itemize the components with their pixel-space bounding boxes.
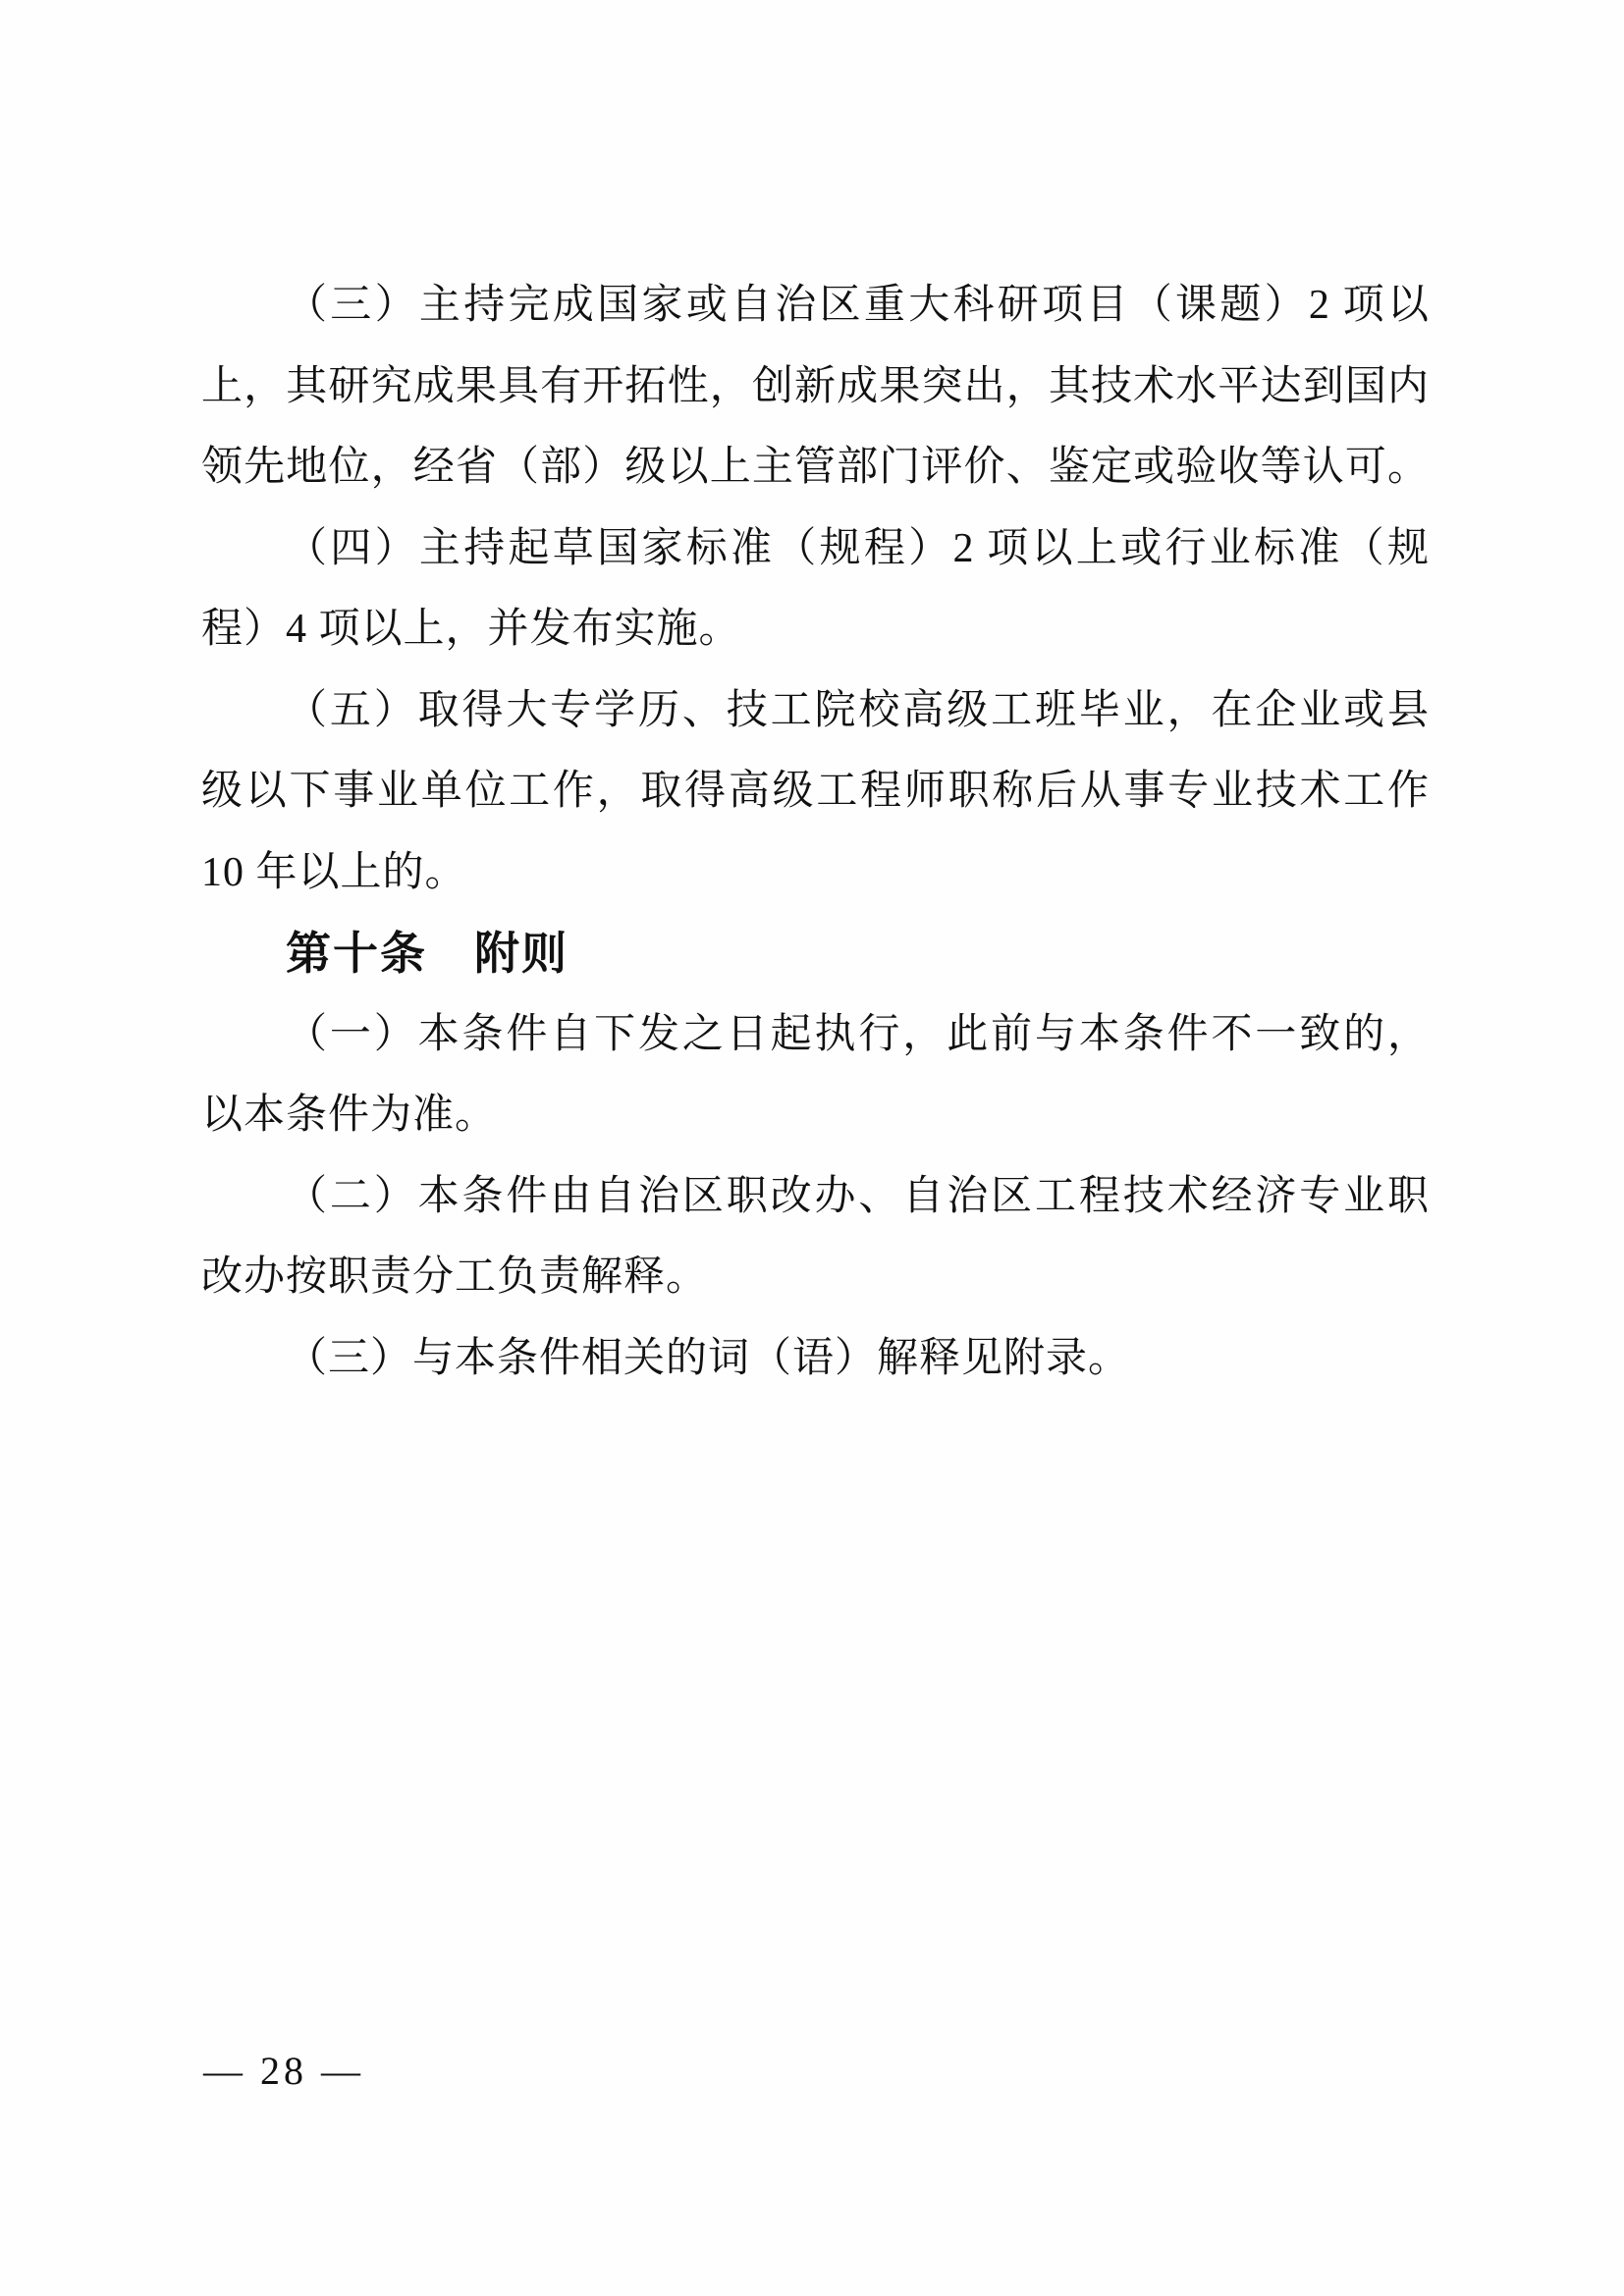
document-page: （三）主持完成国家或自治区重大科研项目（课题）2 项以上，其研究成果具有开拓性，… — [0, 0, 1624, 2296]
text-line: （二）本条件由自治区职改办、自治区工程技术经济专业职 — [201, 1156, 1429, 1238]
text-line: 改办按职责分工负责解释。 — [201, 1237, 1429, 1318]
text-line: （四）主持起草国家标准（规程）2 项以上或行业标准（规 — [201, 508, 1429, 590]
text-line: （三）主持完成国家或自治区重大科研项目（课题）2 项以 — [201, 265, 1429, 347]
page-number: — 28 — — [203, 2048, 364, 2095]
text-line: 上，其研究成果具有开拓性，创新成果突出，其技术水平达到国内 — [201, 347, 1429, 428]
text-line: 以本条件为准。 — [201, 1075, 1429, 1156]
text-line: 级以下事业单位工作，取得高级工程师职称后从事专业技术工作 — [201, 751, 1429, 832]
text-line: （一）本条件自下发之日起执行，此前与本条件不一致的， — [201, 994, 1429, 1076]
text-line: （三）与本条件相关的词（语）解释见附录。 — [201, 1318, 1429, 1400]
text-block: （三）主持完成国家或自治区重大科研项目（课题）2 项以上，其研究成果具有开拓性，… — [201, 265, 1429, 1399]
text-line: 程）4 项以上，并发布实施。 — [201, 589, 1429, 670]
text-line: （五）取得大专学历、技工院校高级工班毕业，在企业或县 — [201, 670, 1429, 752]
text-line: 领先地位，经省（部）级以上主管部门评价、鉴定或验收等认可。 — [201, 427, 1429, 508]
section-heading: 第十条 附则 — [201, 913, 1429, 994]
text-line: 10 年以上的。 — [201, 832, 1429, 914]
